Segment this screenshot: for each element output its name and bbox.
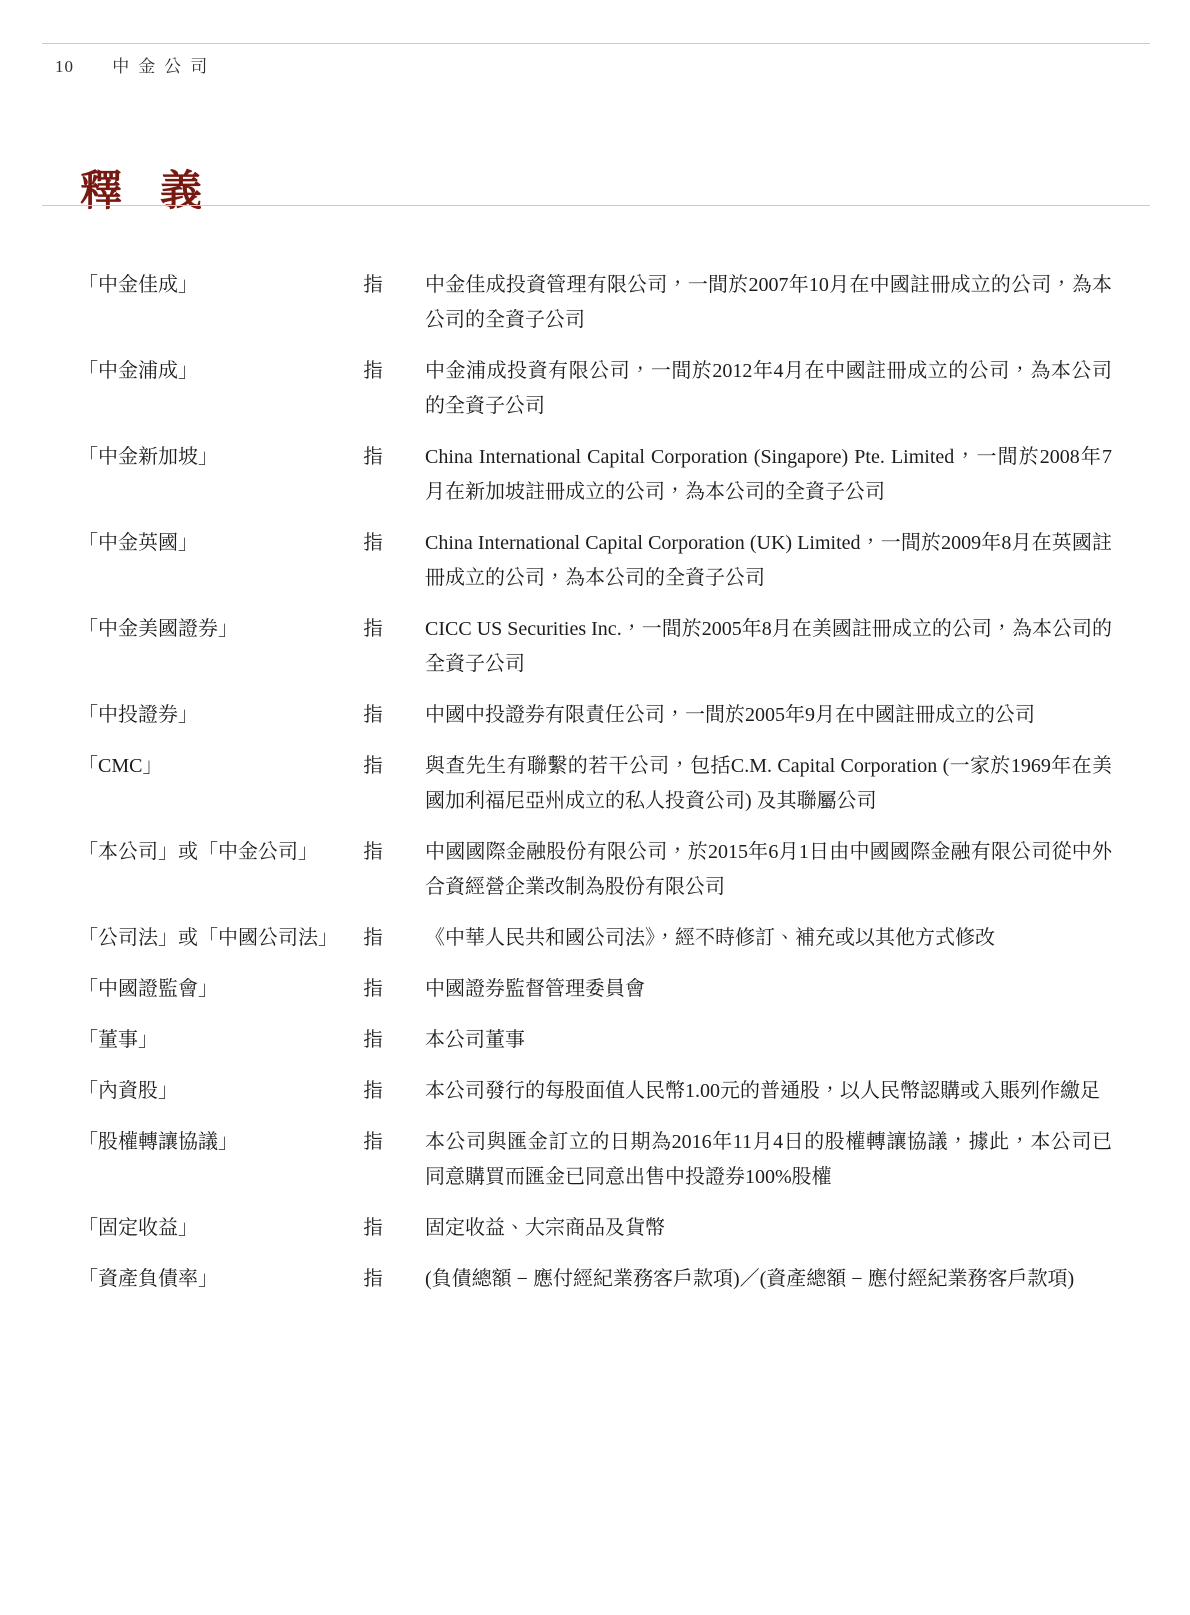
definition-row: 「董事」 指 本公司董事 xyxy=(78,1023,1112,1058)
definition-term: 「董事」 xyxy=(78,1023,363,1058)
definition-relation-label: 指 xyxy=(363,921,425,956)
definitions-list: 「中金佳成」 指 中金佳成投資管理有限公司，一間於2007年10月在中國註冊成立… xyxy=(78,268,1112,1313)
definition-relation-label: 指 xyxy=(363,1074,425,1109)
definition-term: 「內資股」 xyxy=(78,1074,363,1109)
definition-text: 中金佳成投資管理有限公司，一間於2007年10月在中國註冊成立的公司，為本公司的… xyxy=(425,268,1112,338)
definition-term: 「中金佳成」 xyxy=(78,268,363,303)
definition-text: 《中華人民共和國公司法》，經不時修訂、補充或以其他方式修改 xyxy=(425,921,1112,956)
definition-row: 「中金英國」 指 China International Capital Cor… xyxy=(78,526,1112,596)
definition-relation-label: 指 xyxy=(363,526,425,561)
definition-text: 本公司與匯金訂立的日期為2016年11月4日的股權轉讓協議，據此，本公司已同意購… xyxy=(425,1125,1112,1195)
definition-term: 「固定收益」 xyxy=(78,1211,363,1246)
definition-term: 「股權轉讓協議」 xyxy=(78,1125,363,1160)
definition-relation-label: 指 xyxy=(363,612,425,647)
definition-term: 「中國證監會」 xyxy=(78,972,363,1007)
definition-relation-label: 指 xyxy=(363,835,425,870)
definition-text: 中國中投證券有限責任公司，一間於2005年9月在中國註冊成立的公司 xyxy=(425,698,1112,733)
title-divider xyxy=(42,205,1150,206)
definition-text: 本公司發行的每股面值人民幣1.00元的普通股，以人民幣認購或入賬列作繳足 xyxy=(425,1074,1112,1109)
definition-row: 「股權轉讓協議」 指 本公司與匯金訂立的日期為2016年11月4日的股權轉讓協議… xyxy=(78,1125,1112,1195)
definition-term: 「中投證券」 xyxy=(78,698,363,733)
page-header: 10 中金公司 xyxy=(55,52,216,77)
definition-text: 中金浦成投資有限公司，一間於2012年4月在中國註冊成立的公司，為本公司的全資子… xyxy=(425,354,1112,424)
definition-relation-label: 指 xyxy=(363,1262,425,1297)
definition-row: 「內資股」 指 本公司發行的每股面值人民幣1.00元的普通股，以人民幣認購或入賬… xyxy=(78,1074,1112,1109)
definition-relation-label: 指 xyxy=(363,1125,425,1160)
definition-text: CICC US Securities Inc.，一間於2005年8月在美國註冊成… xyxy=(425,612,1112,682)
definition-text: China International Capital Corporation … xyxy=(425,440,1112,510)
definition-row: 「中投證券」 指 中國中投證券有限責任公司，一間於2005年9月在中國註冊成立的… xyxy=(78,698,1112,733)
definition-relation-label: 指 xyxy=(363,1211,425,1246)
definition-text: 固定收益、大宗商品及貨幣 xyxy=(425,1211,1112,1246)
top-divider xyxy=(42,43,1150,44)
definition-row: 「固定收益」 指 固定收益、大宗商品及貨幣 xyxy=(78,1211,1112,1246)
definition-text: 與查先生有聯繫的若干公司，包括C.M. Capital Corporation … xyxy=(425,749,1112,819)
definition-relation-label: 指 xyxy=(363,749,425,784)
definition-relation-label: 指 xyxy=(363,1023,425,1058)
definition-term: 「資產負債率」 xyxy=(78,1262,363,1297)
definition-text: 中國國際金融股份有限公司，於2015年6月1日由中國國際金融有限公司從中外合資經… xyxy=(425,835,1112,905)
definition-relation-label: 指 xyxy=(363,440,425,475)
company-name: 中金公司 xyxy=(112,52,216,77)
definition-text: (負債總額 − 應付經紀業務客戶款項)／(資產總額 − 應付經紀業務客戶款項) xyxy=(425,1262,1112,1297)
page-number: 10 xyxy=(55,57,74,77)
definition-row: 「中金浦成」 指 中金浦成投資有限公司，一間於2012年4月在中國註冊成立的公司… xyxy=(78,354,1112,424)
definition-relation-label: 指 xyxy=(363,698,425,733)
definition-term: 「中金新加坡」 xyxy=(78,440,363,475)
document-page: 10 中金公司 釋義 「中金佳成」 指 中金佳成投資管理有限公司，一間於2007… xyxy=(0,0,1190,1615)
definition-text: 本公司董事 xyxy=(425,1023,1112,1058)
definition-term: 「CMC」 xyxy=(78,749,363,784)
definition-relation-label: 指 xyxy=(363,354,425,389)
page-title: 釋義 xyxy=(80,167,240,217)
definition-term: 「中金美國證券」 xyxy=(78,612,363,647)
definition-term: 「公司法」或「中國公司法」 xyxy=(78,921,363,956)
definition-term: 「中金英國」 xyxy=(78,526,363,561)
definition-term: 「本公司」或「中金公司」 xyxy=(78,835,363,870)
definition-row: 「公司法」或「中國公司法」 指 《中華人民共和國公司法》，經不時修訂、補充或以其… xyxy=(78,921,1112,956)
definition-relation-label: 指 xyxy=(363,972,425,1007)
definition-term: 「中金浦成」 xyxy=(78,354,363,389)
definition-row: 「本公司」或「中金公司」 指 中國國際金融股份有限公司，於2015年6月1日由中… xyxy=(78,835,1112,905)
definition-text: China International Capital Corporation … xyxy=(425,526,1112,596)
definition-row: 「中金佳成」 指 中金佳成投資管理有限公司，一間於2007年10月在中國註冊成立… xyxy=(78,268,1112,338)
definition-relation-label: 指 xyxy=(363,268,425,303)
definition-row: 「中金美國證券」 指 CICC US Securities Inc.，一間於20… xyxy=(78,612,1112,682)
definition-row: 「中金新加坡」 指 China International Capital Co… xyxy=(78,440,1112,510)
definition-text: 中國證券監督管理委員會 xyxy=(425,972,1112,1007)
definition-row: 「CMC」 指 與查先生有聯繫的若干公司，包括C.M. Capital Corp… xyxy=(78,749,1112,819)
definition-row: 「中國證監會」 指 中國證券監督管理委員會 xyxy=(78,972,1112,1007)
definition-row: 「資產負債率」 指 (負債總額 − 應付經紀業務客戶款項)／(資產總額 − 應付… xyxy=(78,1262,1112,1297)
